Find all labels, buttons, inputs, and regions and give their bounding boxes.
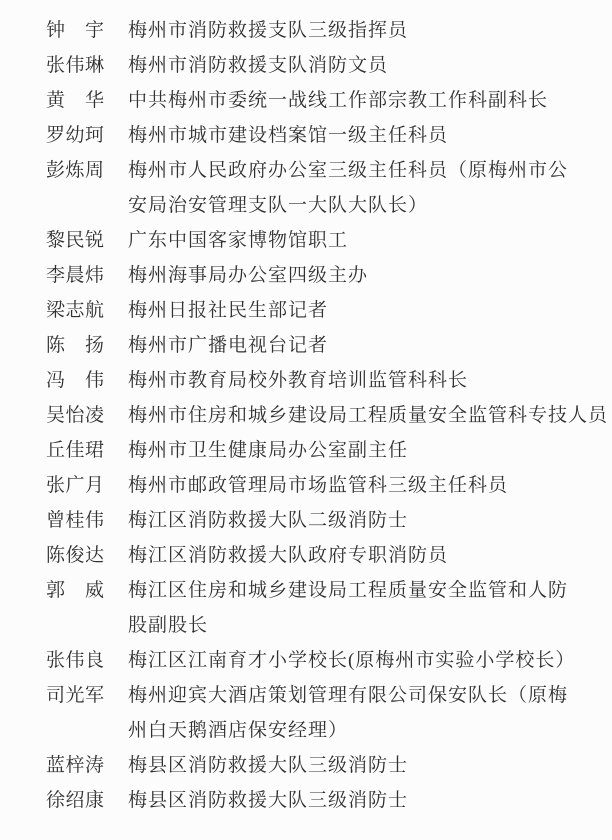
person-name-char: 广 xyxy=(65,468,84,503)
list-item: 曾桂伟梅江区消防救援大队二级消防士 xyxy=(0,503,612,538)
person-title: 梅州市消防救援支队三级指挥员 xyxy=(128,13,612,48)
list-item: 陈俊达梅江区消防救援大队政府专职消防员 xyxy=(0,538,612,573)
person-title: 梅江区消防救援大队政府专职消防员 xyxy=(128,538,612,573)
person-title: 梅州市住房和城乡建设局工程质量安全监管科专技人员 xyxy=(128,398,612,433)
person-title-line: 中共梅州市委统一战线工作部宗教工作科副科长 xyxy=(128,83,612,118)
personnel-list: 钟宇梅州市消防救援支队三级指挥员张伟琳梅州市消防救援支队消防文员黄华中共梅州市委… xyxy=(0,13,612,818)
person-title: 梅州市教育局校外教育培训监管科科长 xyxy=(128,363,612,398)
person-title: 梅州市人民政府办公室三级主任科员（原梅州市公安局治安管理支队一大队大队长） xyxy=(128,153,612,223)
person-name-char: 华 xyxy=(85,83,104,118)
person-name-char: 凌 xyxy=(85,398,104,433)
person-name-char: 绍 xyxy=(65,783,84,818)
list-item: 张广月梅州市邮政管理局市场监管科三级主任科员 xyxy=(0,468,612,503)
person-name-char: 黎 xyxy=(46,223,65,258)
list-item: 张伟琳梅州市消防救援支队消防文员 xyxy=(0,48,612,83)
person-title: 中共梅州市委统一战线工作部宗教工作科副科长 xyxy=(128,83,612,118)
person-title-line: 梅州市卫生健康局办公室副主任 xyxy=(128,433,612,468)
person-title-line: 梅州市邮政管理局市场监管科三级主任科员 xyxy=(128,468,612,503)
person-title: 梅州市广播电视台记者 xyxy=(128,328,612,363)
person-name-char: 航 xyxy=(85,293,104,328)
person-name-char: 珺 xyxy=(85,433,104,468)
person-name: 钟宇 xyxy=(46,13,104,48)
person-title: 梅江区住房和城乡建设局工程质量安全监管和人防股副股长 xyxy=(128,573,612,643)
person-title-line: 梅州市消防救援支队消防文员 xyxy=(128,48,612,83)
list-item: 徐绍康梅县区消防救援大队三级消防士 xyxy=(0,783,612,818)
person-name-char: 怡 xyxy=(65,398,84,433)
person-name-char: 光 xyxy=(65,678,84,713)
person-title-line: 梅江区住房和城乡建设局工程质量安全监管和人防 xyxy=(128,573,612,608)
person-name: 陈俊达 xyxy=(46,538,104,573)
person-name: 张伟良 xyxy=(46,643,104,678)
person-title-line: 梅江区江南育才小学校长(原梅州市实验小学校长） xyxy=(128,643,612,678)
person-name-char: 曾 xyxy=(46,503,65,538)
person-title-line: 梅州市住房和城乡建设局工程质量安全监管科专技人员 xyxy=(128,398,612,433)
list-item: 罗幼珂梅州市城市建设档案馆一级主任科员 xyxy=(0,118,612,153)
person-name-char: 陈 xyxy=(46,328,65,363)
person-name-char: 徐 xyxy=(46,783,65,818)
person-name-char: 彭 xyxy=(46,153,65,188)
person-name-char: 俊 xyxy=(65,538,84,573)
person-title-line: 梅州市城市建设档案馆一级主任科员 xyxy=(128,118,612,153)
document-page: 钟宇梅州市消防救援支队三级指挥员张伟琳梅州市消防救援支队消防文员黄华中共梅州市委… xyxy=(0,0,612,840)
person-title: 梅县区消防救援大队三级消防士 xyxy=(128,748,612,783)
person-name-char: 琳 xyxy=(85,48,104,83)
person-title-line: 梅县区消防救援大队三级消防士 xyxy=(128,748,612,783)
list-item: 蓝梓涛梅县区消防救援大队三级消防士 xyxy=(0,748,612,783)
person-name-char: 郭 xyxy=(46,573,65,608)
person-name-char: 吴 xyxy=(46,398,65,433)
list-item: 黎民锐广东中国客家博物馆职工 xyxy=(0,223,612,258)
list-item: 钟宇梅州市消防救援支队三级指挥员 xyxy=(0,13,612,48)
person-title-line: 梅州海事局办公室四级主办 xyxy=(128,258,612,293)
list-item: 丘佳珺梅州市卫生健康局办公室副主任 xyxy=(0,433,612,468)
person-name-char: 冯 xyxy=(46,363,65,398)
person-title-line: 梅州日报社民生部记者 xyxy=(128,293,612,328)
person-name: 彭炼周 xyxy=(46,153,104,188)
person-name-char: 涛 xyxy=(85,748,104,783)
person-title-line: 安局治安管理支队一大队大队长） xyxy=(128,188,612,223)
person-title-line: 州白天鹅酒店保安经理） xyxy=(128,713,612,748)
person-name: 张广月 xyxy=(46,468,104,503)
person-title: 梅州市消防救援支队消防文员 xyxy=(128,48,612,83)
person-name-char: 月 xyxy=(85,468,104,503)
person-name: 罗幼珂 xyxy=(46,118,104,153)
person-name: 郭威 xyxy=(46,573,104,608)
list-item: 李晨炜梅州海事局办公室四级主办 xyxy=(0,258,612,293)
person-name-char: 伟 xyxy=(65,48,84,83)
person-name-char: 桂 xyxy=(65,503,84,538)
person-title-line: 梅州市教育局校外教育培训监管科科长 xyxy=(128,363,612,398)
list-item: 黄华中共梅州市委统一战线工作部宗教工作科副科长 xyxy=(0,83,612,118)
person-title: 梅江区消防救援大队二级消防士 xyxy=(128,503,612,538)
person-name-char: 李 xyxy=(46,258,65,293)
person-title: 梅江区江南育才小学校长(原梅州市实验小学校长） xyxy=(128,643,612,678)
person-name: 李晨炜 xyxy=(46,258,104,293)
list-item: 冯伟梅州市教育局校外教育培训监管科科长 xyxy=(0,363,612,398)
person-name-char: 幼 xyxy=(65,118,84,153)
person-name-char: 锐 xyxy=(85,223,104,258)
person-name-char: 梓 xyxy=(65,748,84,783)
person-title-line: 梅江区消防救援大队政府专职消防员 xyxy=(128,538,612,573)
person-name-char: 张 xyxy=(46,48,65,83)
person-name-char: 珂 xyxy=(85,118,104,153)
list-item: 梁志航梅州日报社民生部记者 xyxy=(0,293,612,328)
person-name-char: 宇 xyxy=(85,13,104,48)
person-name-char: 良 xyxy=(85,643,104,678)
person-name: 梁志航 xyxy=(46,293,104,328)
person-title-line: 梅州迎宾大酒店策划管理有限公司保安队长（原梅 xyxy=(128,678,612,713)
person-title-line: 梅江区消防救援大队二级消防士 xyxy=(128,503,612,538)
person-name-char: 罗 xyxy=(46,118,65,153)
person-name-char: 伟 xyxy=(85,363,104,398)
person-name: 张伟琳 xyxy=(46,48,104,83)
person-name: 曾桂伟 xyxy=(46,503,104,538)
person-name-char: 炜 xyxy=(85,258,104,293)
person-name: 陈扬 xyxy=(46,328,104,363)
person-title: 梅州市城市建设档案馆一级主任科员 xyxy=(128,118,612,153)
list-item: 司光军梅州迎宾大酒店策划管理有限公司保安队长（原梅州白天鹅酒店保安经理） xyxy=(0,678,612,748)
person-name-char: 张 xyxy=(46,468,65,503)
person-name: 黄华 xyxy=(46,83,104,118)
person-name: 徐绍康 xyxy=(46,783,104,818)
person-title: 梅州迎宾大酒店策划管理有限公司保安队长（原梅州白天鹅酒店保安经理） xyxy=(128,678,612,748)
person-name-char: 康 xyxy=(85,783,104,818)
person-name-char: 钟 xyxy=(46,13,65,48)
person-title-line: 股副股长 xyxy=(128,608,612,643)
person-title-line: 广东中国客家博物馆职工 xyxy=(128,223,612,258)
person-title: 梅州市卫生健康局办公室副主任 xyxy=(128,433,612,468)
person-title: 梅州市邮政管理局市场监管科三级主任科员 xyxy=(128,468,612,503)
person-title: 广东中国客家博物馆职工 xyxy=(128,223,612,258)
person-name-char: 民 xyxy=(65,223,84,258)
person-name-char: 蓝 xyxy=(46,748,65,783)
person-title-line: 梅州市广播电视台记者 xyxy=(128,328,612,363)
list-item: 陈扬梅州市广播电视台记者 xyxy=(0,328,612,363)
list-item: 郭威梅江区住房和城乡建设局工程质量安全监管和人防股副股长 xyxy=(0,573,612,643)
person-name-char: 炼 xyxy=(65,153,84,188)
person-name-char: 威 xyxy=(85,573,104,608)
person-name-char: 晨 xyxy=(65,258,84,293)
person-name-char: 达 xyxy=(85,538,104,573)
person-name-char: 梁 xyxy=(46,293,65,328)
person-title: 梅县区消防救援大队三级消防士 xyxy=(128,783,612,818)
person-name-char: 周 xyxy=(85,153,104,188)
person-name-char: 伟 xyxy=(85,503,104,538)
person-title-line: 梅州市消防救援支队三级指挥员 xyxy=(128,13,612,48)
person-name-char: 陈 xyxy=(46,538,65,573)
person-name-char: 张 xyxy=(46,643,65,678)
person-name-char: 丘 xyxy=(46,433,65,468)
person-name-char: 司 xyxy=(46,678,65,713)
person-title: 梅州日报社民生部记者 xyxy=(128,293,612,328)
list-item: 彭炼周梅州市人民政府办公室三级主任科员（原梅州市公安局治安管理支队一大队大队长） xyxy=(0,153,612,223)
person-name-char: 佳 xyxy=(65,433,84,468)
list-item: 张伟良梅江区江南育才小学校长(原梅州市实验小学校长） xyxy=(0,643,612,678)
person-title-line: 梅州市人民政府办公室三级主任科员（原梅州市公 xyxy=(128,153,612,188)
person-name: 吴怡凌 xyxy=(46,398,104,433)
person-name: 冯伟 xyxy=(46,363,104,398)
person-title-line: 梅县区消防救援大队三级消防士 xyxy=(128,783,612,818)
person-name-char: 黄 xyxy=(46,83,65,118)
person-name-char: 扬 xyxy=(85,328,104,363)
person-name: 蓝梓涛 xyxy=(46,748,104,783)
person-name-char: 军 xyxy=(85,678,104,713)
person-title: 梅州海事局办公室四级主办 xyxy=(128,258,612,293)
person-name: 丘佳珺 xyxy=(46,433,104,468)
person-name: 黎民锐 xyxy=(46,223,104,258)
person-name-char: 志 xyxy=(65,293,84,328)
person-name: 司光军 xyxy=(46,678,104,713)
list-item: 吴怡凌梅州市住房和城乡建设局工程质量安全监管科专技人员 xyxy=(0,398,612,433)
person-name-char: 伟 xyxy=(65,643,84,678)
